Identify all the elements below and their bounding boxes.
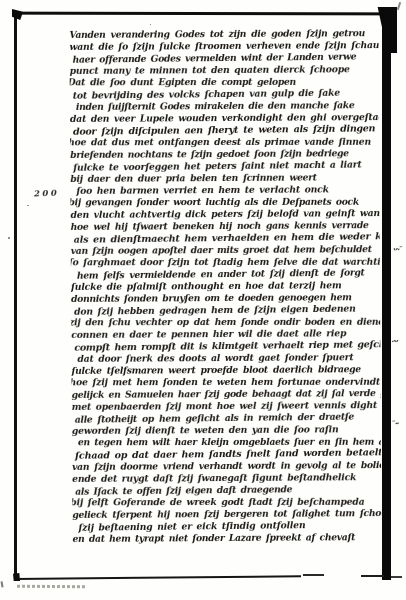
bottom-left-edge-mark — [1, 581, 8, 588]
ink-spill-mark: ᎐ᴗ — [392, 335, 399, 345]
frame-bottom-dash — [391, 576, 402, 578]
top-right-ink-tick — [397, 2, 401, 10]
frame-bottom-dash — [361, 575, 384, 577]
ink-spill-mark: ᵕ᎐᎐ — [392, 417, 399, 427]
ink-speck — [150, 24, 151, 25]
frame-corner-blob-bottomleft — [13, 573, 20, 581]
frame-bottom-border — [15, 575, 301, 580]
frame-top-border — [14, 12, 386, 16]
frame-bottom-dash — [303, 574, 324, 576]
manuscript-line: en dat hem tyrapt niet ſonder Lazare ſpr… — [72, 532, 381, 546]
manuscript-scan: 200 Vanden verandering Godes tot zijn di… — [0, 0, 406, 600]
ink-speck — [27, 205, 29, 206]
frame-right-border — [382, 10, 391, 580]
ink-speck — [8, 237, 10, 239]
folio-number: 200 — [34, 189, 60, 200]
ink-spill-mark: ᴗ᎐ᵕ — [393, 243, 404, 254]
manuscript-text-block: Vanden verandering Godes tot zijn die go… — [69, 28, 381, 550]
bottom-smudge — [17, 585, 87, 588]
frame-left-border — [14, 12, 17, 579]
